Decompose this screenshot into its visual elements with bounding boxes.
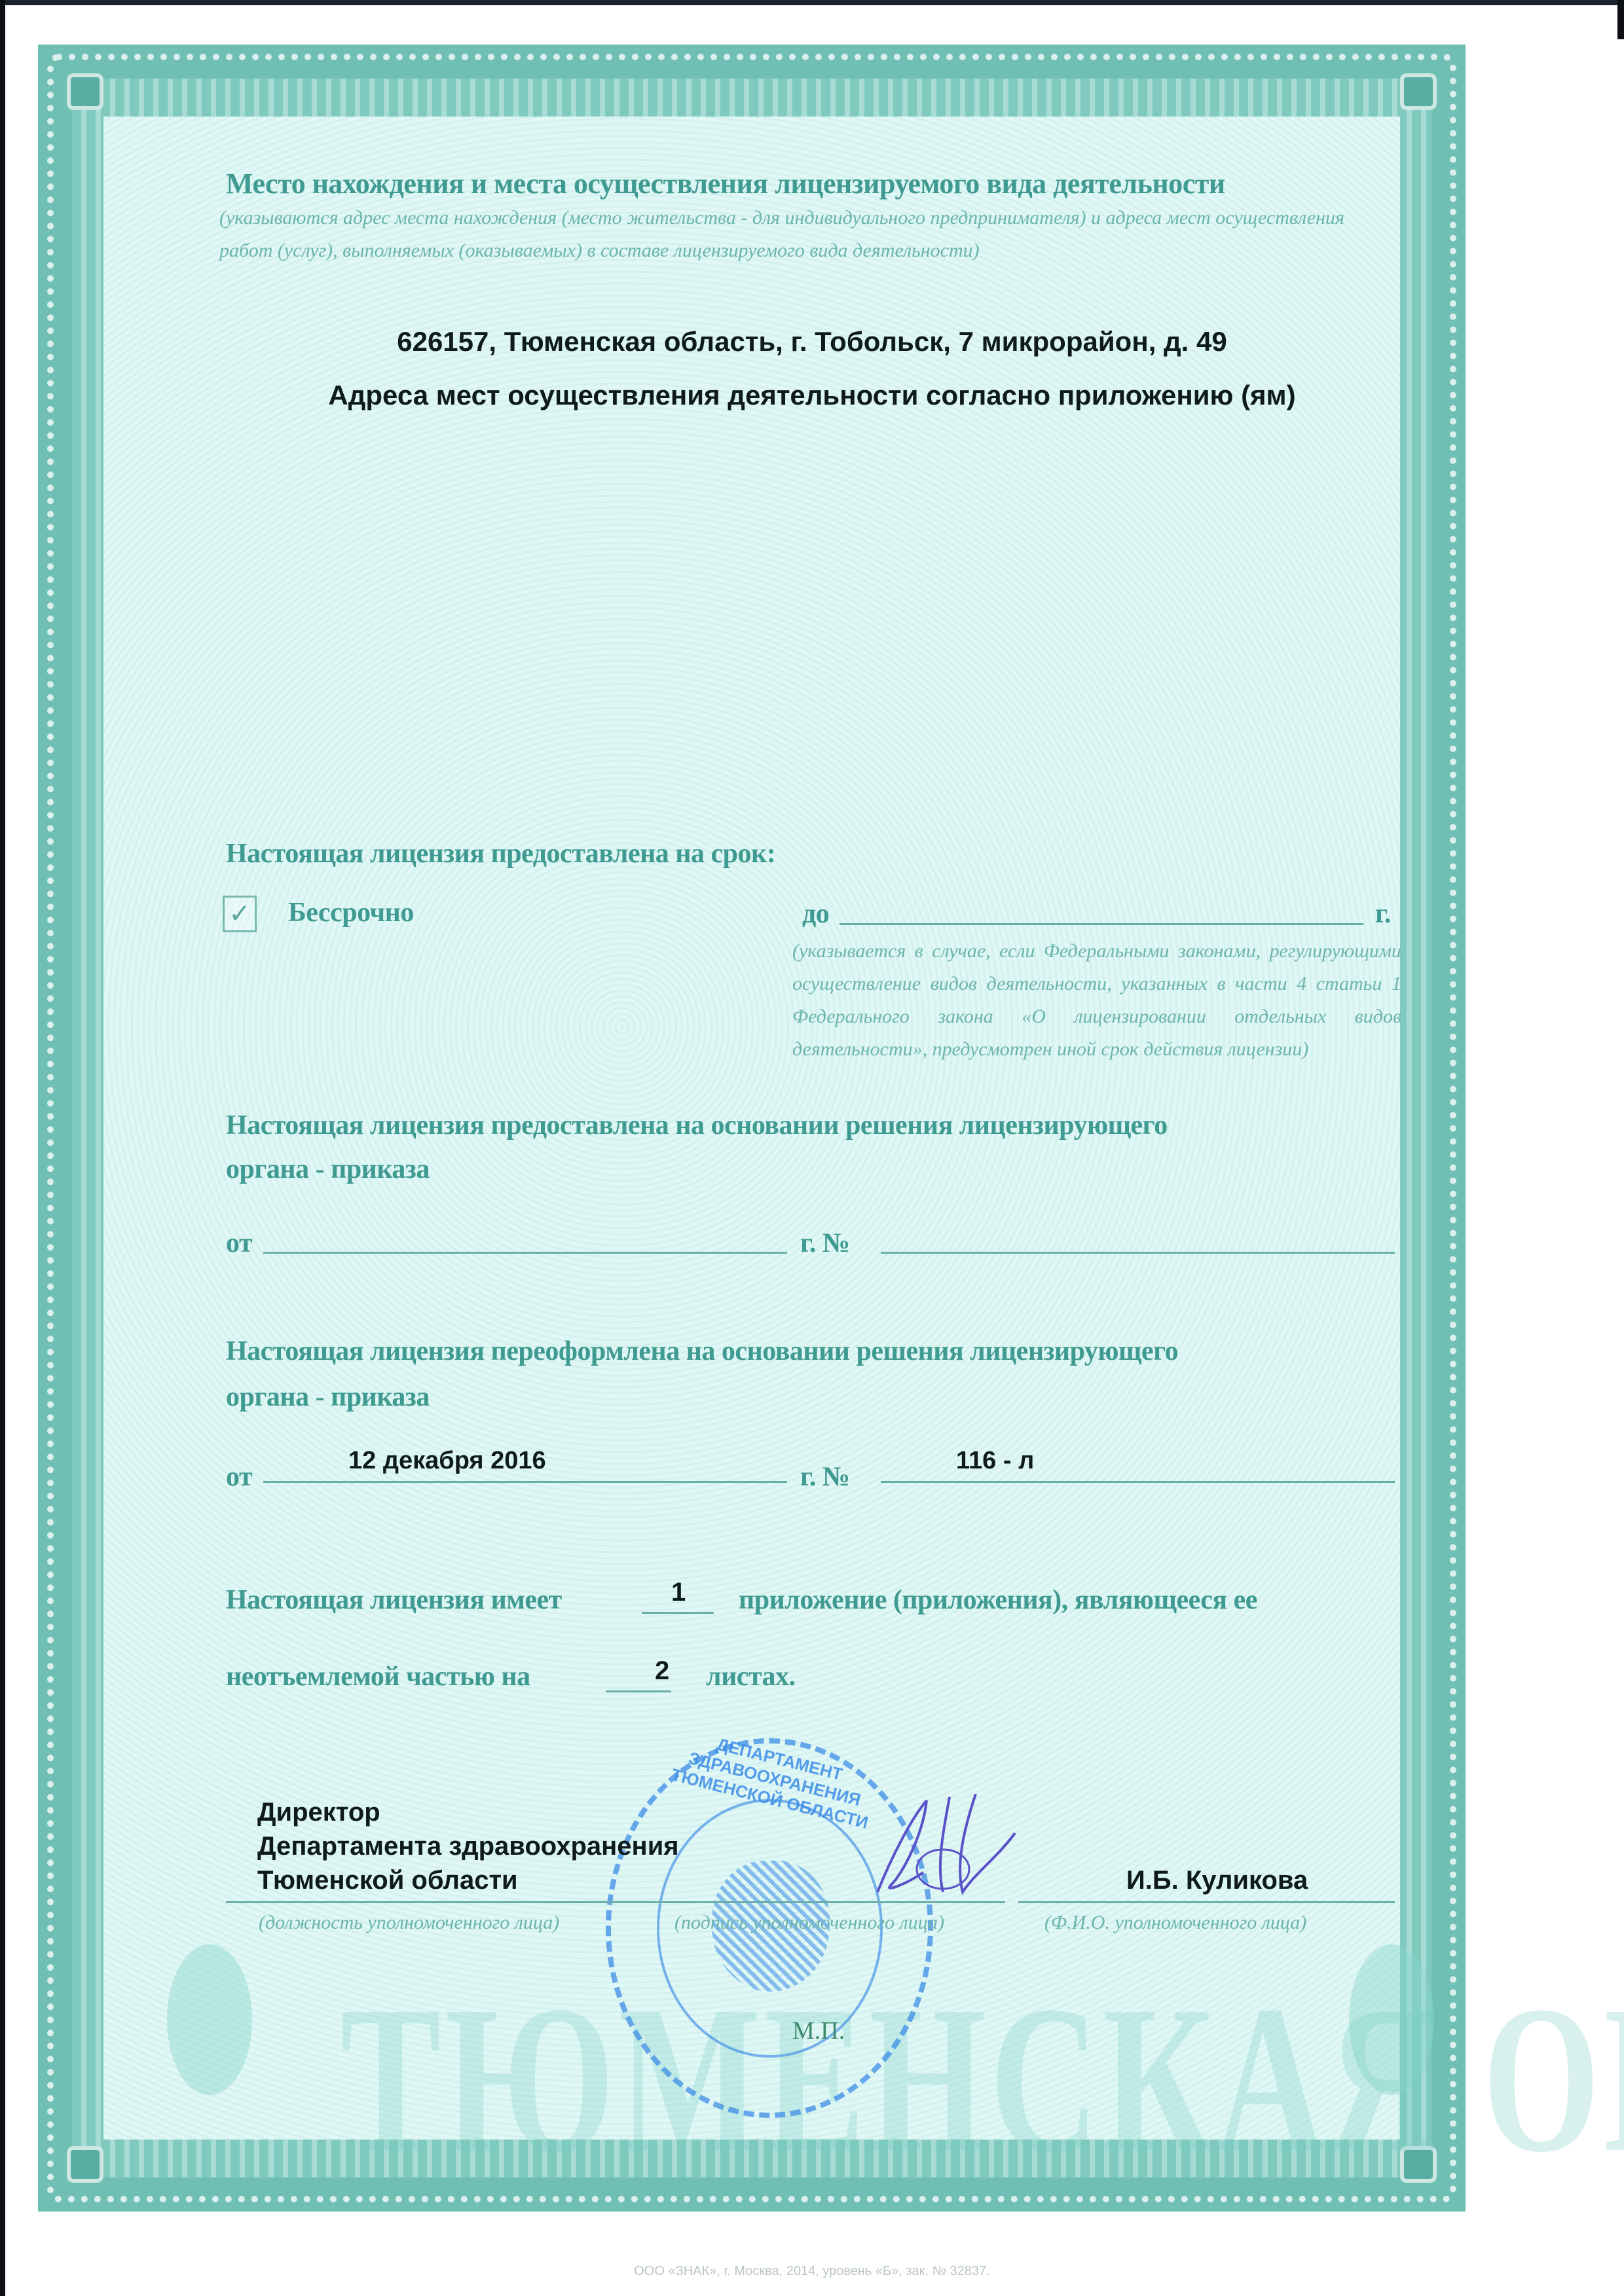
indefinite-checkbox[interactable]: ✓	[223, 896, 257, 932]
seal-label: М.П.	[792, 2016, 845, 2045]
scan-edge-right	[1617, 0, 1624, 39]
reissued-date-field[interactable]	[263, 1481, 787, 1483]
reissued-heading-line1: Настоящая лицензия переоформлена на осно…	[226, 1336, 1178, 1367]
sheet-count: 2	[655, 1656, 669, 1686]
signer-name: И.Б. Куликова	[1126, 1863, 1308, 1897]
granted-heading-line2: органа - приказа	[226, 1154, 430, 1185]
appendix-line1-prefix: Настоящая лицензия имеет	[226, 1584, 562, 1616]
position-line1: Директор	[257, 1795, 380, 1829]
scan-edge-top	[0, 0, 1624, 5]
granted-heading-line1: Настоящая лицензия предоставлена на осно…	[226, 1110, 1168, 1141]
sheet-count-field[interactable]	[606, 1690, 671, 1692]
signature-line-left	[226, 1901, 1005, 1903]
position-hint: (должность уполномоченного лица)	[259, 1906, 559, 1939]
granted-number-label: г. №	[800, 1228, 850, 1259]
until-prefix: до	[802, 898, 829, 930]
location-heading: Место нахождения и места осуществления л…	[226, 167, 1225, 200]
signature-line-right	[1018, 1901, 1395, 1903]
indefinite-label: Бессрочно	[288, 897, 414, 928]
watermark-oval-left	[167, 1944, 252, 2095]
name-hint: (Ф.И.О. уполномоченного лица)	[1044, 1906, 1306, 1939]
until-suffix: г.	[1375, 898, 1391, 930]
until-field[interactable]	[840, 923, 1363, 925]
signature-hint: (подпись уполномоченного лица)	[674, 1906, 944, 1939]
places-note: Адреса мест осуществления деятельности с…	[0, 380, 1624, 411]
granted-date-field[interactable]	[263, 1252, 787, 1254]
appendix-line2-suffix: листах.	[706, 1661, 796, 1692]
position-line3: Тюменской области	[257, 1863, 518, 1897]
term-heading: Настоящая лицензия предоставлена на срок…	[226, 838, 775, 869]
signature-icon	[864, 1794, 1022, 1899]
reissued-number-label: г. №	[800, 1461, 850, 1493]
corner-ornament-icon	[67, 73, 103, 110]
position-line2: Департамента здравоохранения	[257, 1829, 679, 1863]
reissued-from-label: от	[226, 1461, 252, 1493]
granted-from-label: от	[226, 1228, 252, 1259]
reissued-heading-line2: органа - приказа	[226, 1381, 430, 1413]
reissued-date-value: 12 декабря 2016	[348, 1447, 546, 1475]
corner-ornament-icon	[1400, 73, 1437, 110]
reissued-number-value: 116 - л	[956, 1447, 1034, 1475]
reissued-number-field[interactable]	[881, 1481, 1395, 1483]
printer-footer: ООО «ЗНАК», г. Москва, 2014, уровень «Б»…	[0, 2264, 1624, 2279]
corner-ornament-icon	[67, 2146, 103, 2183]
granted-number-field[interactable]	[881, 1252, 1395, 1254]
checkmark-icon: ✓	[229, 899, 251, 929]
until-hint: (указывается в случае, если Федеральными…	[792, 935, 1401, 1066]
appendix-line2-prefix: неотъемлемой частью на	[226, 1661, 530, 1692]
appendix-line1-suffix: приложение (приложения), являющееся ее	[739, 1584, 1257, 1616]
appendix-count-field[interactable]	[642, 1612, 714, 1614]
appendix-count: 1	[671, 1578, 686, 1607]
location-hint: (указываются адрес места нахождения (мес…	[219, 202, 1398, 267]
address-value: 626157, Тюменская область, г. Тобольск, …	[0, 326, 1624, 357]
